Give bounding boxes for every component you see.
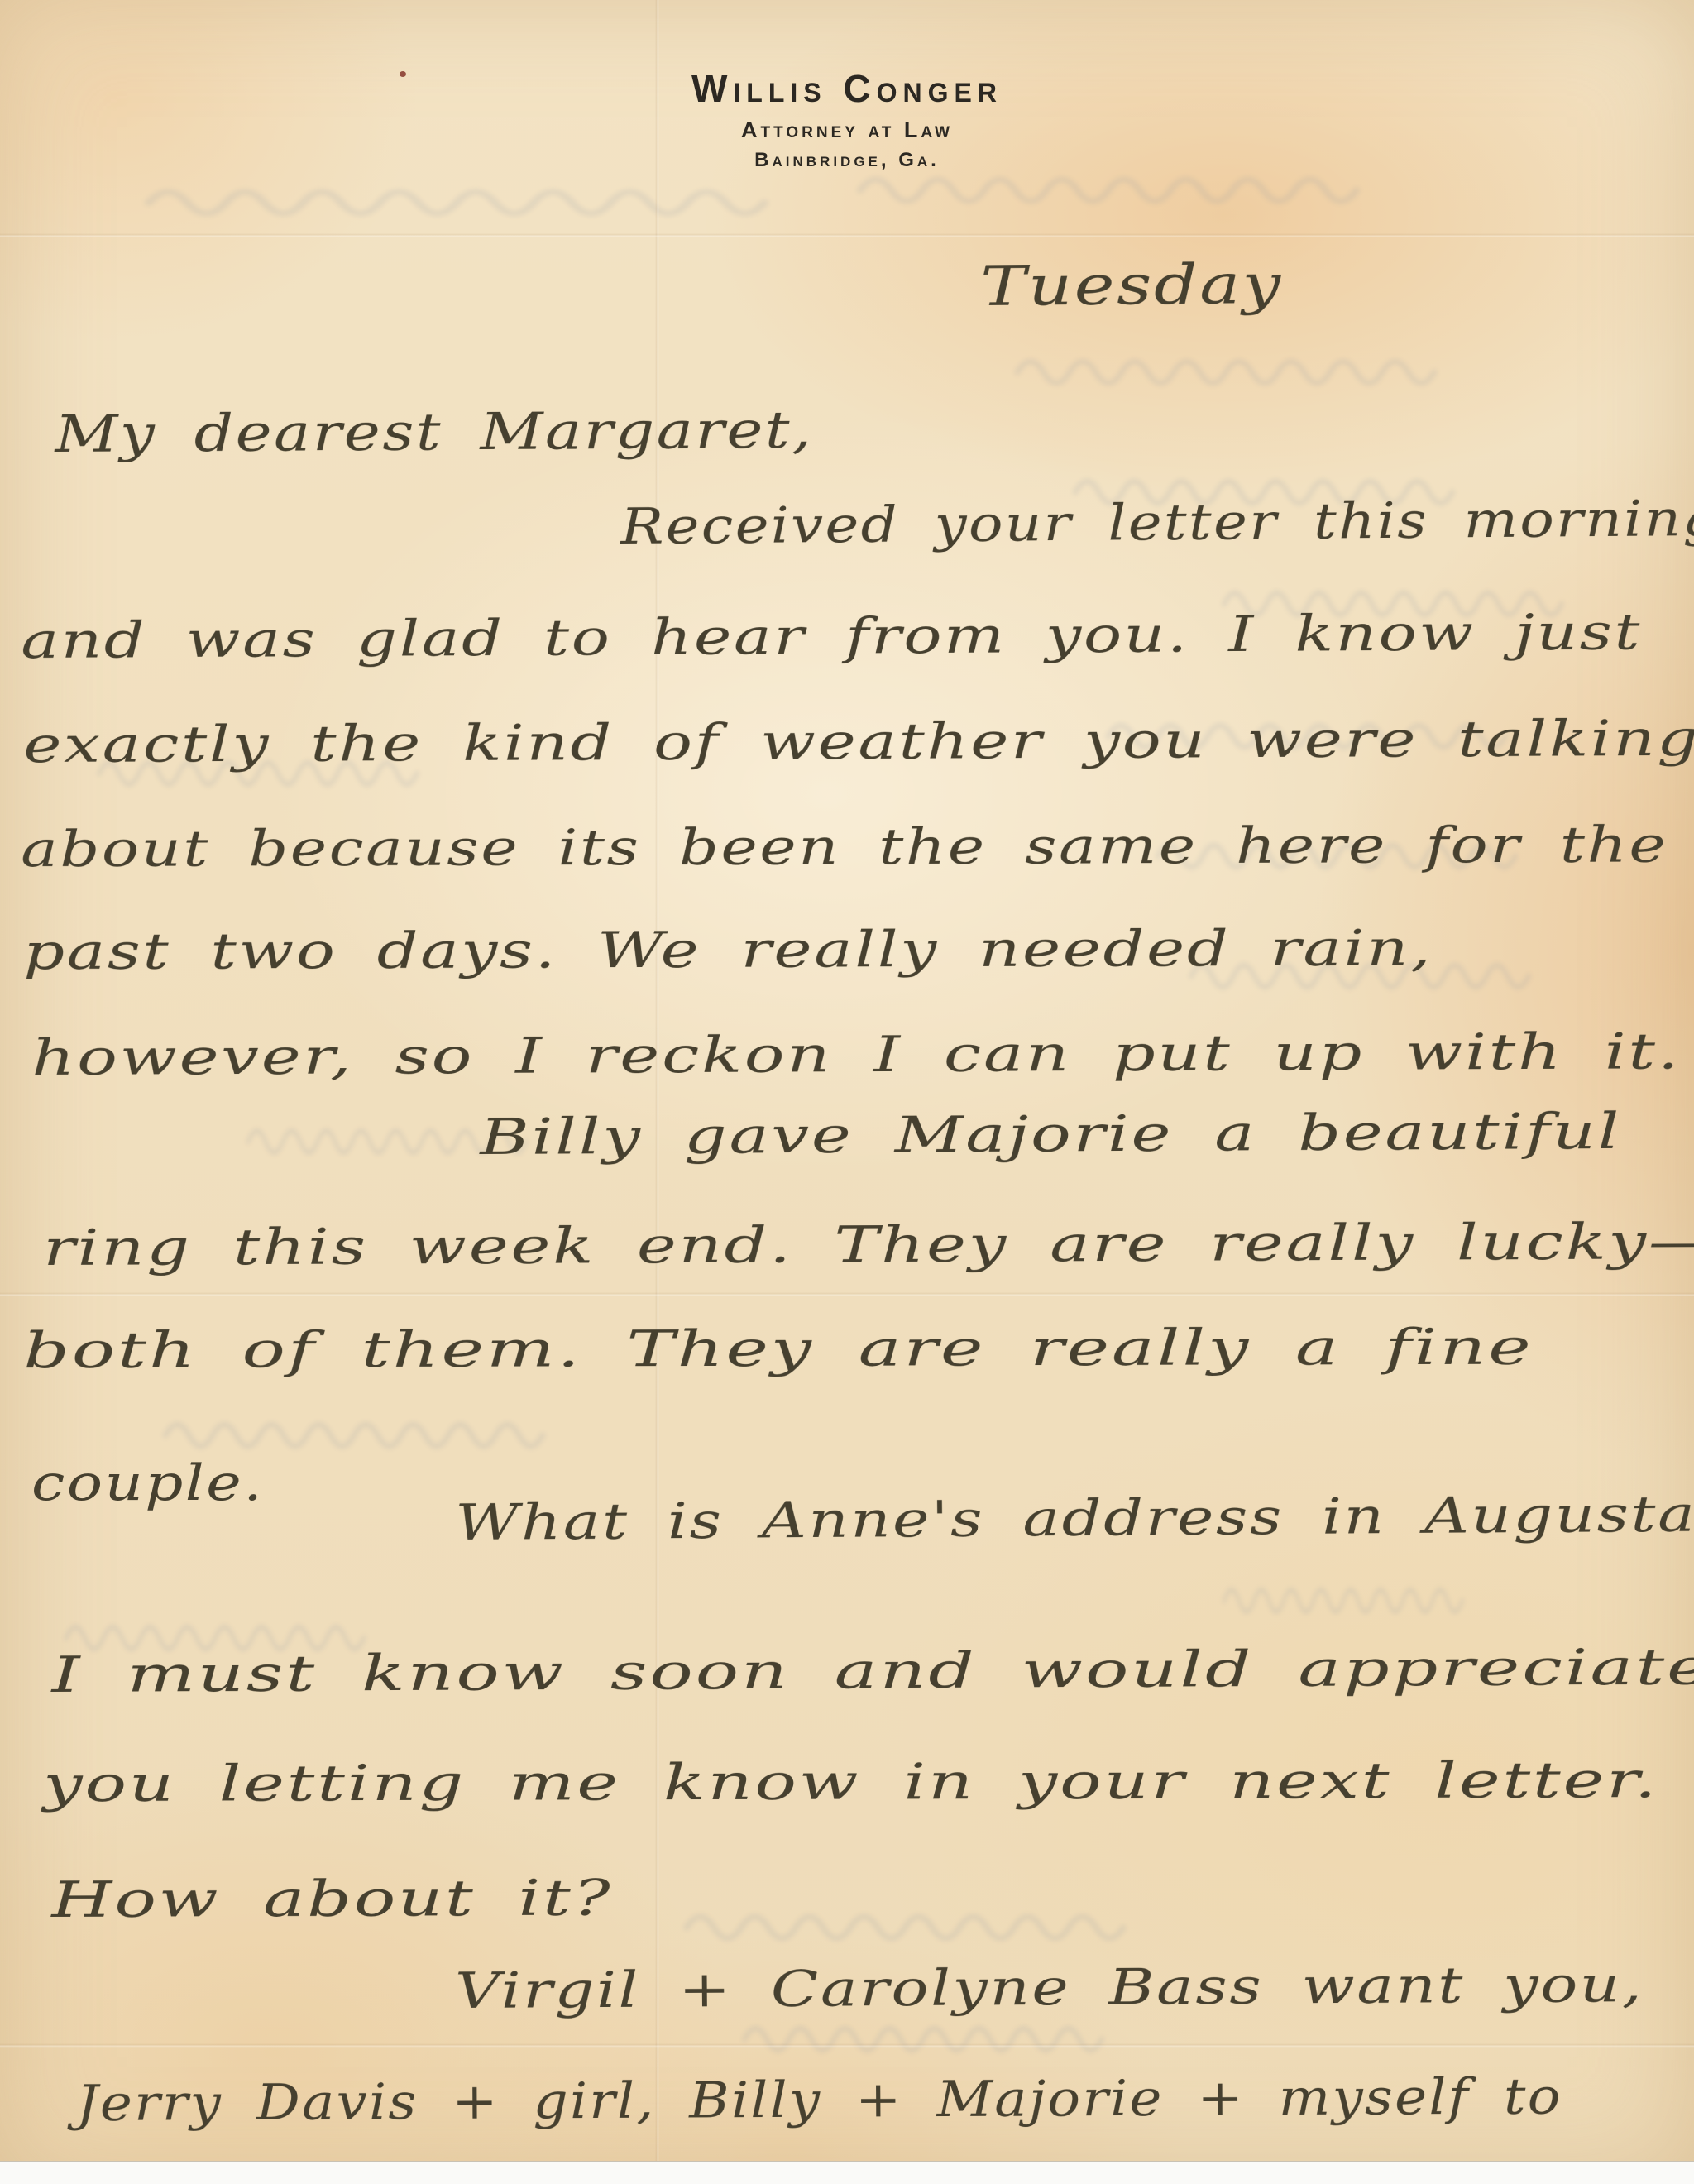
salutation: My dearest Margaret,: [55, 400, 813, 464]
letter-line: Billy gave Majorie a beautiful: [480, 1103, 1622, 1166]
letter-line: How about it?: [51, 1869, 613, 1929]
letter-line: I must know soon and would appreciate: [51, 1638, 1694, 1704]
letter-line: Jerry Davis + girl, Billy + Majorie + my…: [76, 2067, 1562, 2133]
letter-line: you letting me know in your next letter.: [43, 1751, 1658, 1813]
letter-line: about because its been the same here for…: [21, 816, 1668, 879]
date-line: Tuesday: [980, 252, 1283, 318]
letterhead-city: Bainbridge, Ga.: [433, 151, 1261, 170]
letter-line: couple.: [31, 1454, 264, 1512]
letterhead-name: Willis Conger: [433, 69, 1261, 108]
letter-line: Virgil + Carolyne Bass want you,: [455, 1956, 1644, 2020]
ink-bleedthrough: [0, 0, 1694, 2184]
letter-line: past two days. We really needed rain,: [23, 919, 1433, 981]
letter-page: Willis Conger Attorney at Law Bainbridge…: [0, 0, 1694, 2184]
letter-line: and was glad to hear from you. I know ju…: [21, 603, 1642, 670]
letter-line: What is Anne's address in Augusta?: [455, 1485, 1694, 1552]
scan-edge: [0, 2161, 1694, 2184]
letterhead-title: Attorney at Law: [433, 119, 1261, 141]
letter-line: however, so I reckon I can put up with i…: [31, 1023, 1681, 1087]
ink-speck: [400, 71, 406, 77]
letter-line: Received your letter this morning: [620, 490, 1694, 556]
letter-line: both of them. They are really a fine: [23, 1319, 1534, 1380]
letter-line: exactly the kind of weather you were tal…: [23, 710, 1694, 774]
letter-line: ring this week end. They are really luck…: [43, 1213, 1694, 1277]
letterhead: Willis Conger Attorney at Law Bainbridge…: [433, 69, 1261, 170]
